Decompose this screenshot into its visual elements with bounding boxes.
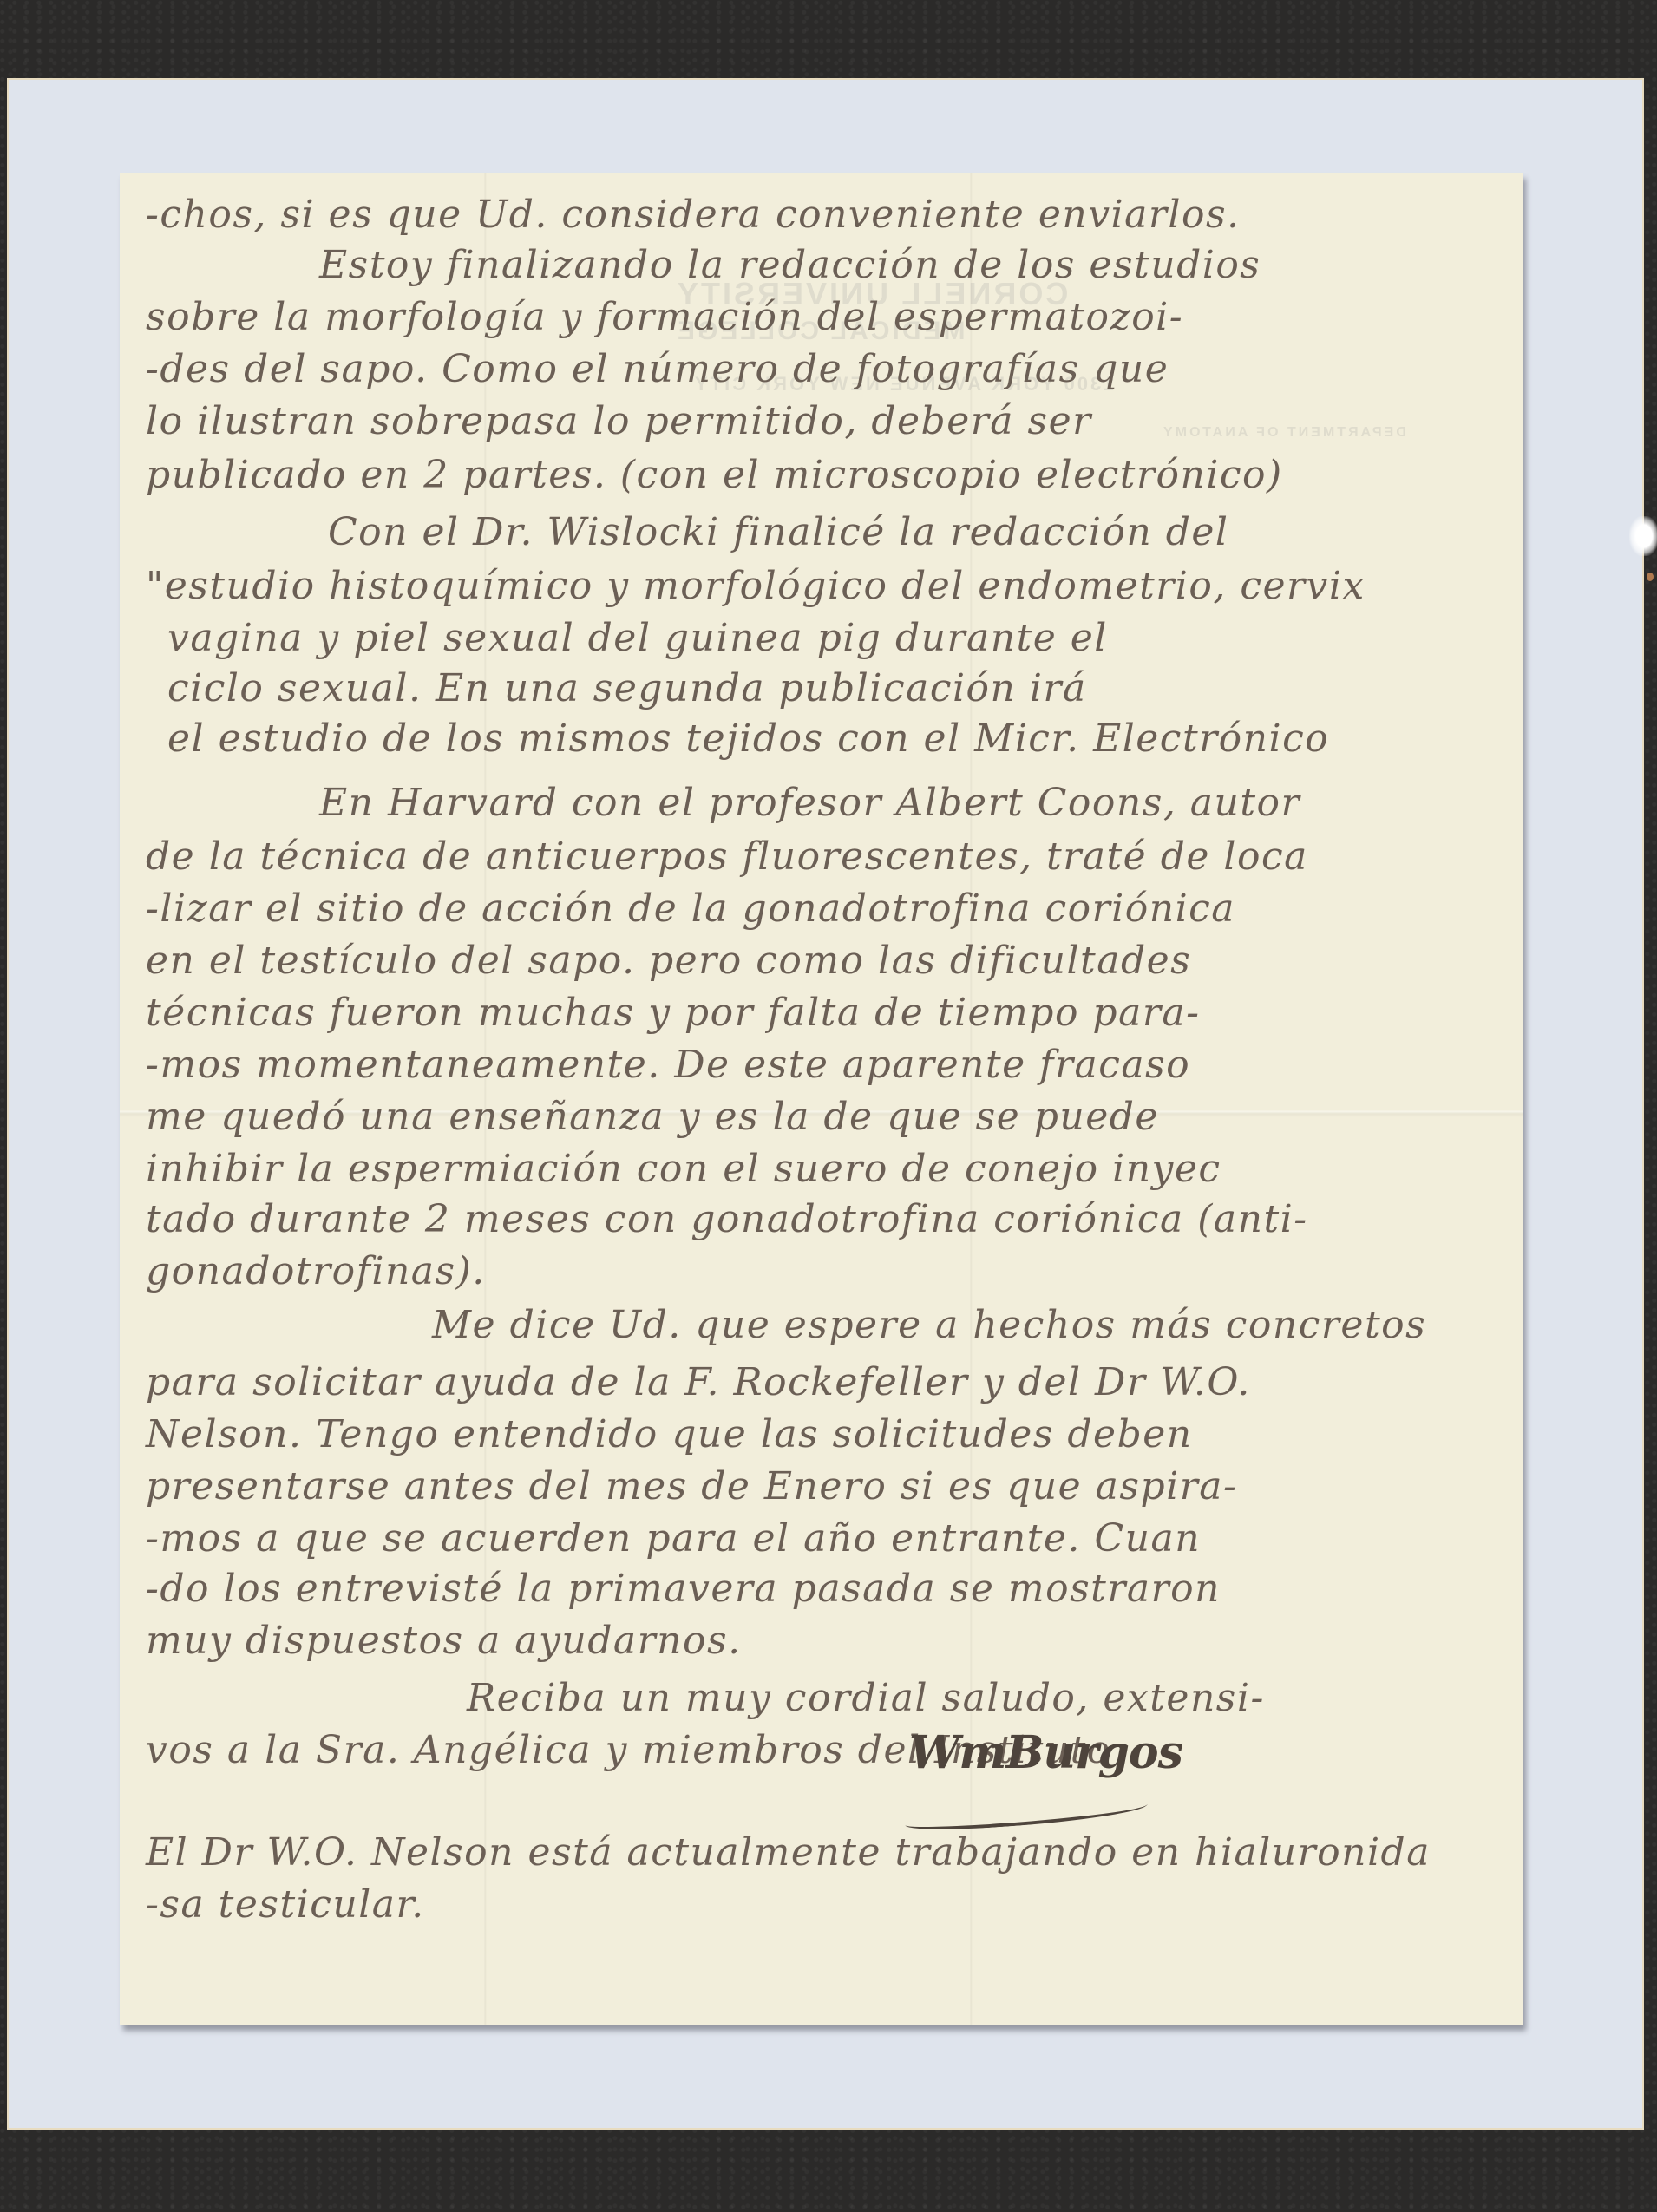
body-line: publicado en 2 partes. (con el microscop… xyxy=(146,453,1283,497)
body-line: Reciba un muy cordial saludo, extensi- xyxy=(467,1676,1265,1720)
body-line: Nelson. Tengo entendido que las solicitu… xyxy=(146,1412,1193,1456)
body-line: -chos, si es que Ud. considera convenien… xyxy=(146,193,1241,237)
body-line: ciclo sexual. En una segunda publicación… xyxy=(167,666,1087,710)
body-line: en el testículo del sapo. pero como las … xyxy=(146,939,1191,983)
body-line: el estudio de los mismos tejidos con el … xyxy=(167,717,1329,761)
body-line: técnicas fueron muchas y por falta de ti… xyxy=(146,991,1200,1035)
body-line: inhibir la espermiación con el suero de … xyxy=(146,1147,1221,1191)
body-line: vagina y piel sexual del guinea pig dura… xyxy=(167,616,1108,660)
body-line: Me dice Ud. que espere a hechos más conc… xyxy=(432,1303,1426,1347)
body-line: -des del sapo. Como el número de fotogra… xyxy=(146,347,1169,391)
letter-body: -chos, si es que Ud. considera convenien… xyxy=(120,173,1523,2025)
body-line: En Harvard con el profesor Albert Coons,… xyxy=(319,781,1300,825)
postscript-line: El Dr W.O. Nelson está actualmente traba… xyxy=(146,1830,1431,1875)
body-line: lo ilustran sobrepasa lo permitido, debe… xyxy=(146,399,1092,443)
body-line: sobre la morfología y formación del espe… xyxy=(146,295,1183,339)
postscript-line: -sa testicular. xyxy=(146,1882,425,1927)
body-line: tado durante 2 meses con gonadotrofina c… xyxy=(146,1197,1308,1241)
body-line: "estudio histoquímico y morfológico del … xyxy=(146,564,1366,608)
body-line: presentarse antes del mes de Enero si es… xyxy=(146,1464,1237,1508)
body-line: de la técnica de anticuerpos fluorescent… xyxy=(146,834,1308,879)
body-line: me quedó una enseñanza y es la de que se… xyxy=(146,1095,1159,1139)
body-line: Con el Dr. Wislocki finalicé la redacció… xyxy=(328,510,1229,554)
body-line: para solicitar ayuda de la F. Rockefelle… xyxy=(146,1360,1251,1404)
body-line: muy dispuestos a ayudarnos. xyxy=(146,1619,742,1663)
signature-underline xyxy=(905,1796,1149,1833)
body-line: -do los entrevisté la primavera pasada s… xyxy=(146,1567,1221,1611)
paper-tear xyxy=(1629,516,1657,556)
body-line: gonadotrofinas). xyxy=(146,1249,486,1293)
signature: WmBurgos xyxy=(909,1726,1182,1779)
body-line: Estoy finalizando la redacción de los es… xyxy=(319,243,1261,287)
body-line: -mos momentaneamente. De este aparente f… xyxy=(146,1043,1190,1087)
body-line: -mos a que se acuerden para el año entra… xyxy=(146,1516,1201,1561)
rust-spot xyxy=(1647,573,1654,581)
letter-page: CORNELL UNIVERSITY MEDICAL COLLEGE 1300 … xyxy=(120,173,1523,2025)
body-line: -lizar el sitio de acción de la gonadotr… xyxy=(146,887,1235,931)
